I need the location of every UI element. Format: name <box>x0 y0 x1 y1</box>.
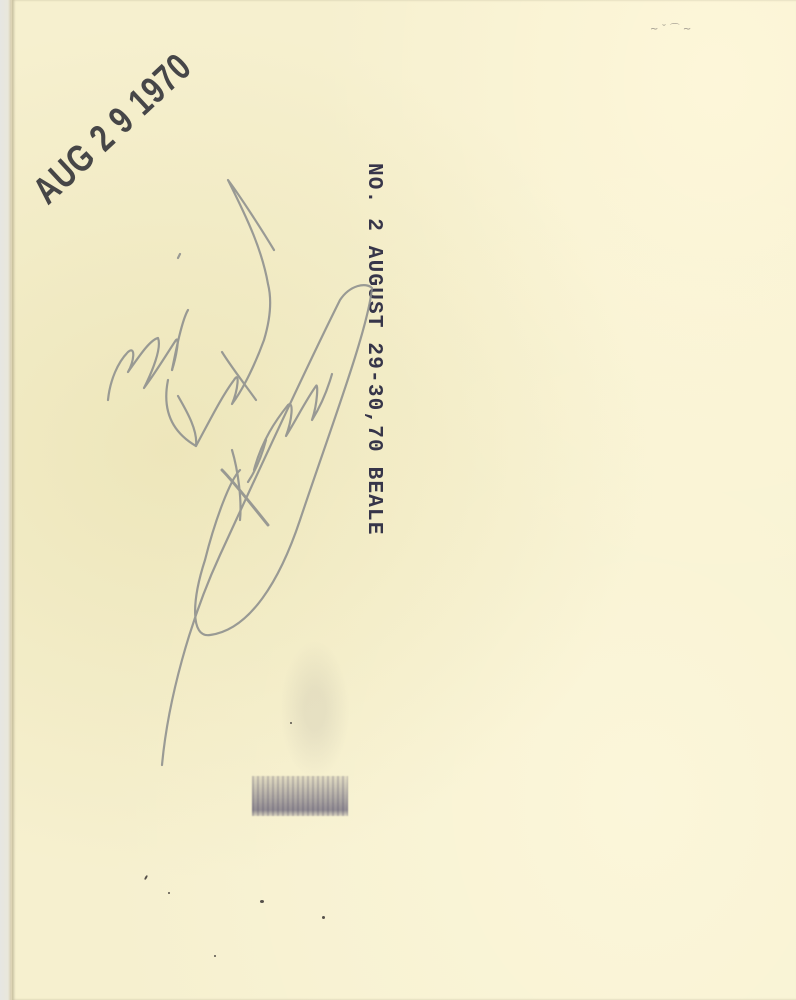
tape-residue: ~ ˘ ⌒ ~ <box>650 20 691 35</box>
ink-ghost <box>280 640 350 780</box>
photo-back-paper <box>12 0 796 1000</box>
dust-speck <box>260 900 264 903</box>
dust-speck <box>290 722 292 724</box>
typed-caption: NO. 2 AUGUST 29-30,70 BEALE <box>362 163 385 536</box>
dust-speck <box>214 955 216 957</box>
ink-smudge <box>252 776 348 816</box>
dust-speck <box>322 916 325 919</box>
dust-speck <box>168 892 170 894</box>
